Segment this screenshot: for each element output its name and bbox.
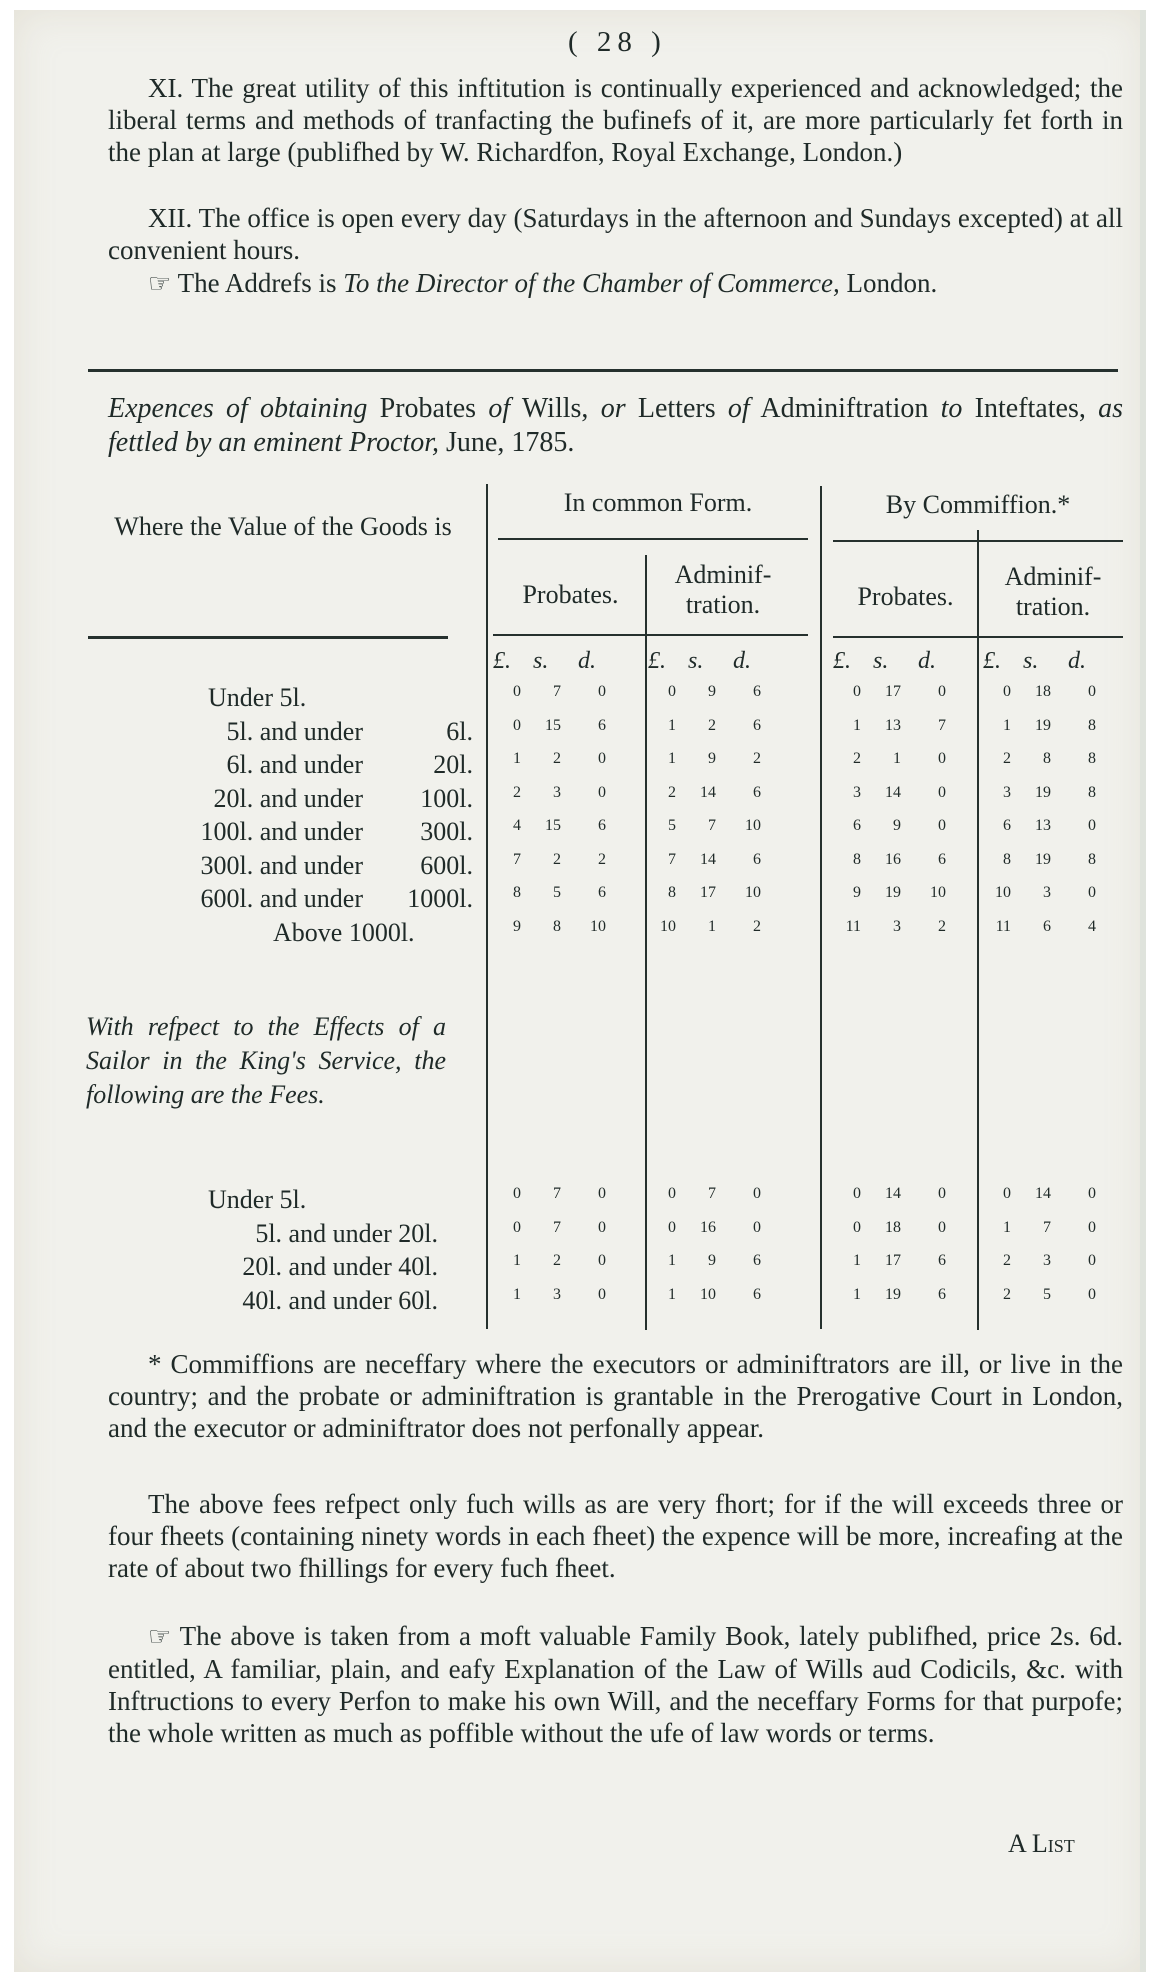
subheader-probates-commission: Probates. bbox=[828, 582, 983, 612]
fee-value: 0 bbox=[906, 1185, 946, 1203]
unit-label: d. bbox=[578, 648, 596, 675]
column-divider bbox=[645, 555, 647, 1330]
fee-value: 3 bbox=[1011, 1252, 1051, 1270]
fee-value: 11 bbox=[821, 918, 861, 936]
unit-label: £. bbox=[833, 648, 851, 675]
sailor-row-label: Under 5l. bbox=[208, 1185, 306, 1215]
fee-value: 9 bbox=[676, 1252, 716, 1270]
fee-value: 0 bbox=[566, 1185, 606, 1203]
fee-value: 7 bbox=[521, 1219, 561, 1237]
fee-value: 0 bbox=[636, 1219, 676, 1237]
fee-value: 3 bbox=[521, 784, 561, 802]
fee-value: 0 bbox=[971, 1185, 1011, 1203]
fee-value: 1 bbox=[636, 1252, 676, 1270]
fee-value: 10 bbox=[636, 918, 676, 936]
fee-value: 8 bbox=[971, 851, 1011, 869]
fee-value: 0 bbox=[1056, 884, 1096, 902]
fee-value: 2 bbox=[636, 784, 676, 802]
fee-value: 7 bbox=[1011, 1219, 1051, 1237]
sailor-row-label: 20l. and under 40l. bbox=[242, 1252, 438, 1282]
fee-value: 1 bbox=[636, 1286, 676, 1304]
fee-value: 16 bbox=[861, 851, 901, 869]
fee-value: 16 bbox=[676, 1219, 716, 1237]
unit-label: £. bbox=[983, 648, 1001, 675]
address-italic: To the Director of the Chamber of Commer… bbox=[343, 268, 839, 298]
fee-value: 2 bbox=[521, 750, 561, 768]
section-rule bbox=[88, 369, 1118, 372]
fee-value: 0 bbox=[566, 683, 606, 701]
fee-value: 10 bbox=[721, 884, 761, 902]
fee-value: 2 bbox=[676, 717, 716, 735]
fee-value: 13 bbox=[861, 717, 901, 735]
fee-value: 2 bbox=[721, 918, 761, 936]
fee-value: 9 bbox=[481, 918, 521, 936]
page-number: ( 28 ) bbox=[568, 26, 667, 59]
subheader-probates-common: Probates. bbox=[493, 580, 648, 610]
pointing-hand-icon: ☞ bbox=[148, 269, 171, 298]
fee-value: 0 bbox=[636, 1185, 676, 1203]
fee-value: 5 bbox=[1011, 1286, 1051, 1304]
fee-value: 17 bbox=[676, 884, 716, 902]
fee-value: 1 bbox=[861, 750, 901, 768]
fee-value: 2 bbox=[521, 1252, 561, 1270]
unit-label: d. bbox=[1068, 648, 1086, 675]
fee-value: 1 bbox=[971, 717, 1011, 735]
fee-value: 2 bbox=[821, 750, 861, 768]
fee-value: 2 bbox=[566, 851, 606, 869]
fee-value: 0 bbox=[1056, 1252, 1096, 1270]
fee-value: 10 bbox=[906, 884, 946, 902]
fee-value: 1 bbox=[636, 750, 676, 768]
fee-value: 3 bbox=[861, 918, 901, 936]
fee-value: 11 bbox=[971, 918, 1011, 936]
group-header-commission: By Commiffion.* bbox=[828, 490, 1128, 520]
fee-value: 9 bbox=[861, 817, 901, 835]
fee-value: 19 bbox=[861, 884, 901, 902]
footnote-commission: * Commiffions are neceffary where the ex… bbox=[108, 1348, 1123, 1444]
fee-value: 1 bbox=[676, 918, 716, 936]
fee-value: 8 bbox=[1056, 750, 1096, 768]
unit-label: £. bbox=[493, 648, 511, 675]
row-label-header: Where the Value of the Goods is bbox=[98, 512, 468, 542]
fee-value: 18 bbox=[861, 1219, 901, 1237]
fee-value: 1 bbox=[481, 1252, 521, 1270]
row-label-upper: 100l. bbox=[420, 784, 473, 814]
fee-value: 0 bbox=[1056, 1286, 1096, 1304]
fee-value: 8 bbox=[1056, 851, 1096, 869]
fee-value: 2 bbox=[721, 750, 761, 768]
fee-value: 6 bbox=[906, 851, 946, 869]
fee-value: 8 bbox=[1056, 784, 1096, 802]
fee-value: 6 bbox=[971, 817, 1011, 835]
fee-value: 0 bbox=[821, 1185, 861, 1203]
fee-value: 0 bbox=[721, 1185, 761, 1203]
fee-value: 14 bbox=[861, 1185, 901, 1203]
fee-value: 2 bbox=[971, 1286, 1011, 1304]
fee-value: 0 bbox=[906, 817, 946, 835]
fee-value: 6 bbox=[721, 717, 761, 735]
fee-value: 2 bbox=[521, 851, 561, 869]
fee-value: 6 bbox=[721, 1286, 761, 1304]
fee-value: 3 bbox=[1011, 884, 1051, 902]
fee-value: 15 bbox=[521, 817, 561, 835]
fee-value: 0 bbox=[821, 683, 861, 701]
fee-value: 17 bbox=[861, 1252, 901, 1270]
fee-value: 0 bbox=[566, 1219, 606, 1237]
paragraph-xi: XI. The great utility of this inftitutio… bbox=[108, 72, 1123, 168]
fee-value: 0 bbox=[971, 683, 1011, 701]
fee-value: 1 bbox=[821, 1286, 861, 1304]
fee-value: 0 bbox=[481, 1185, 521, 1203]
fee-value: 6 bbox=[821, 817, 861, 835]
fee-value: 4 bbox=[481, 817, 521, 835]
fee-value: 6 bbox=[1011, 918, 1051, 936]
fee-value: 14 bbox=[861, 784, 901, 802]
unit-label: d. bbox=[733, 648, 751, 675]
fee-value: 14 bbox=[676, 784, 716, 802]
fee-value: 1 bbox=[636, 717, 676, 735]
fee-value: 8 bbox=[1056, 717, 1096, 735]
header-rule bbox=[493, 634, 808, 636]
paper-edge bbox=[1140, 10, 1146, 1972]
fee-value: 6 bbox=[721, 851, 761, 869]
paragraph-xii: XII. The office is open every day (Satur… bbox=[108, 202, 1123, 266]
fee-value: 0 bbox=[481, 1219, 521, 1237]
fee-value: 4 bbox=[1056, 918, 1096, 936]
fee-value: 6 bbox=[721, 1252, 761, 1270]
fee-value: 6 bbox=[906, 1252, 946, 1270]
fee-value: 1 bbox=[821, 717, 861, 735]
fee-value: 2 bbox=[906, 918, 946, 936]
header-rule bbox=[88, 636, 448, 639]
fee-value: 7 bbox=[676, 817, 716, 835]
fee-value: 19 bbox=[1011, 784, 1051, 802]
fee-value: 1 bbox=[481, 1286, 521, 1304]
address-paragraph: ☞ The Addrefs is To the Director of the … bbox=[108, 267, 1123, 300]
row-label: 300l. and under bbox=[201, 851, 363, 881]
unit-label: £. bbox=[648, 648, 666, 675]
footnote-book: ☞ The above is taken from a moft valuabl… bbox=[108, 1620, 1123, 1749]
fee-value: 3 bbox=[971, 784, 1011, 802]
unit-label: s. bbox=[688, 648, 703, 675]
row-label-upper: 300l. bbox=[420, 817, 473, 847]
fee-value: 19 bbox=[1011, 717, 1051, 735]
row-label-upper: 6l. bbox=[446, 717, 473, 747]
fee-value: 7 bbox=[906, 717, 946, 735]
fee-value: 13 bbox=[1011, 817, 1051, 835]
fee-value: 0 bbox=[566, 1252, 606, 1270]
catchword: A List bbox=[1008, 1828, 1075, 1860]
fee-value: 0 bbox=[821, 1219, 861, 1237]
fee-value: 0 bbox=[636, 683, 676, 701]
row-label-upper: 20l. bbox=[433, 750, 473, 780]
fee-value: 0 bbox=[906, 1219, 946, 1237]
fee-value: 0 bbox=[1056, 817, 1096, 835]
fee-value: 0 bbox=[481, 683, 521, 701]
row-label-upper: 1000l. bbox=[407, 884, 473, 914]
fee-value: 0 bbox=[906, 750, 946, 768]
fee-value: 18 bbox=[1011, 683, 1051, 701]
fee-value: 0 bbox=[1056, 1219, 1096, 1237]
row-label: Above 1000l. bbox=[273, 918, 415, 948]
fee-value: 8 bbox=[481, 884, 521, 902]
fee-value: 8 bbox=[636, 884, 676, 902]
fee-value: 0 bbox=[721, 1219, 761, 1237]
fee-value: 2 bbox=[971, 750, 1011, 768]
fee-value: 6 bbox=[721, 683, 761, 701]
row-label-upper: 600l. bbox=[420, 851, 473, 881]
group-header-common: In common Form. bbox=[498, 488, 818, 518]
fee-value: 7 bbox=[636, 851, 676, 869]
fee-value: 0 bbox=[1056, 1185, 1096, 1203]
sailor-row-label: 5l. and under 20l. bbox=[255, 1219, 438, 1249]
fee-value: 0 bbox=[566, 1286, 606, 1304]
fee-value: 0 bbox=[566, 750, 606, 768]
fee-value: 5 bbox=[521, 884, 561, 902]
fee-value: 19 bbox=[1011, 851, 1051, 869]
fee-value: 3 bbox=[821, 784, 861, 802]
fee-value: 1 bbox=[481, 750, 521, 768]
fee-value: 7 bbox=[676, 1185, 716, 1203]
fee-value: 8 bbox=[821, 851, 861, 869]
fee-value: 7 bbox=[521, 683, 561, 701]
subheader-admin-common: Adminif- tration. bbox=[648, 560, 798, 620]
fee-value: 2 bbox=[481, 784, 521, 802]
fee-value: 10 bbox=[566, 918, 606, 936]
row-label: 20l. and under bbox=[214, 784, 363, 814]
fee-value: 6 bbox=[566, 884, 606, 902]
footnote-fees: The above fees refpect only fuch wills a… bbox=[108, 1488, 1123, 1584]
row-label: 5l. and under bbox=[227, 717, 363, 747]
unit-label: s. bbox=[1023, 648, 1038, 675]
fee-value: 15 bbox=[521, 717, 561, 735]
fee-value: 7 bbox=[481, 851, 521, 869]
fee-value: 10 bbox=[971, 884, 1011, 902]
fee-value: 1 bbox=[971, 1219, 1011, 1237]
pointing-hand-icon: ☞ bbox=[148, 1622, 171, 1651]
fee-value: 2 bbox=[971, 1252, 1011, 1270]
unit-label: d. bbox=[918, 648, 936, 675]
fee-value: 5 bbox=[636, 817, 676, 835]
fee-value: 14 bbox=[1011, 1185, 1051, 1203]
fee-value: 10 bbox=[721, 817, 761, 835]
fee-value: 17 bbox=[861, 683, 901, 701]
fee-value: 1 bbox=[821, 1252, 861, 1270]
fee-value: 10 bbox=[676, 1286, 716, 1304]
table-title: Expences of obtaining Probates of Wills,… bbox=[108, 392, 1123, 460]
fee-value: 9 bbox=[821, 884, 861, 902]
unit-label: s. bbox=[533, 648, 548, 675]
fee-value: 0 bbox=[481, 717, 521, 735]
row-label: 6l. and under bbox=[227, 750, 363, 780]
unit-label: s. bbox=[873, 648, 888, 675]
fee-value: 6 bbox=[906, 1286, 946, 1304]
fee-value: 7 bbox=[521, 1185, 561, 1203]
fee-value: 9 bbox=[676, 683, 716, 701]
fee-value: 8 bbox=[1011, 750, 1051, 768]
sailor-note: With refpect to the Effects of a Sailor … bbox=[86, 1010, 446, 1112]
sailor-row-label: 40l. and under 60l. bbox=[242, 1286, 438, 1316]
fee-value: 0 bbox=[906, 683, 946, 701]
fee-value: 6 bbox=[566, 817, 606, 835]
fee-value: 19 bbox=[861, 1286, 901, 1304]
row-label: 600l. and under bbox=[201, 884, 363, 914]
fee-value: 0 bbox=[906, 784, 946, 802]
fee-value: 14 bbox=[676, 851, 716, 869]
fee-value: 8 bbox=[521, 918, 561, 936]
fee-value: 0 bbox=[1056, 683, 1096, 701]
subheader-admin-commission: Adminif- tration. bbox=[978, 562, 1128, 622]
fee-value: 0 bbox=[566, 784, 606, 802]
row-label: Under 5l. bbox=[208, 683, 306, 713]
header-rule bbox=[498, 538, 808, 540]
fee-value: 3 bbox=[521, 1286, 561, 1304]
fee-value: 9 bbox=[676, 750, 716, 768]
fee-value: 6 bbox=[721, 784, 761, 802]
fee-value: 6 bbox=[566, 717, 606, 735]
row-label: 100l. and under bbox=[201, 817, 363, 847]
